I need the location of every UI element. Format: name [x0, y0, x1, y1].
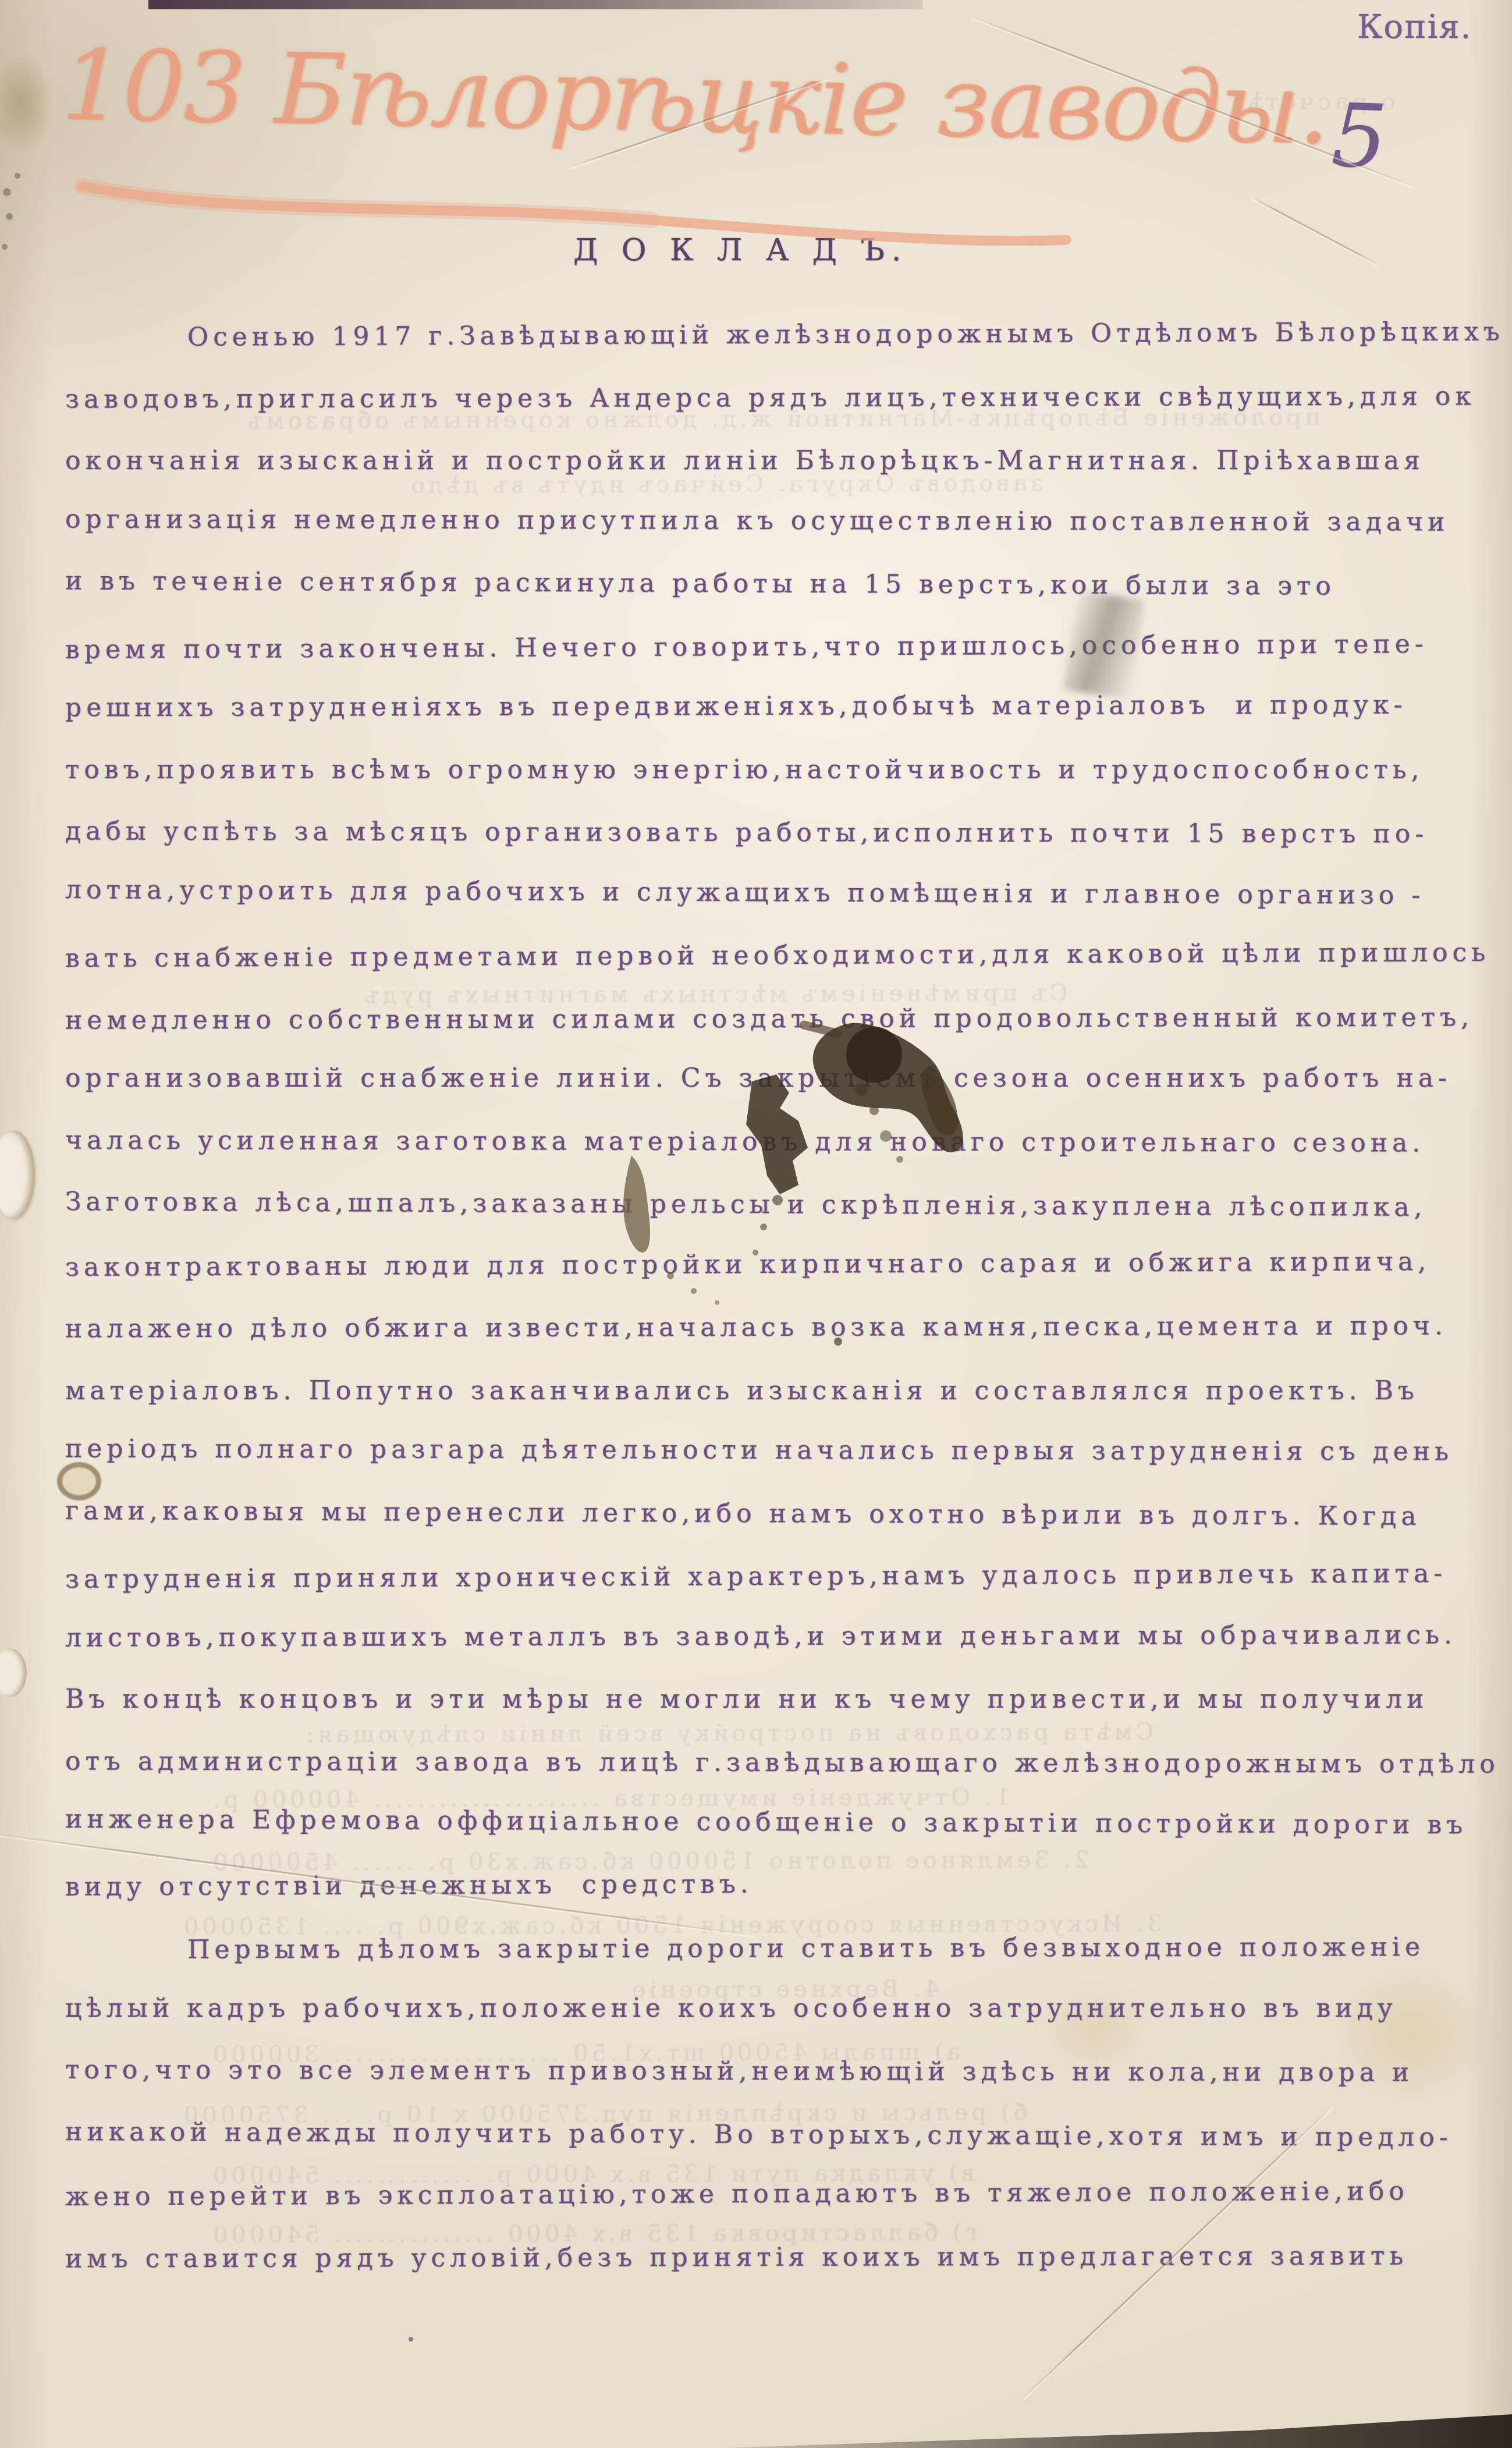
typed-line: решнихъ затрудненіяхъ въ передвиженіяхъ,…	[65, 693, 1407, 721]
typed-line: организовавшій снабженіе линіи. Съ закры…	[65, 1066, 1451, 1091]
typed-line: Заготовка лѣса,шпалъ,заказаны рельсы и с…	[65, 1189, 1427, 1221]
scanned-page: { "header": { "copy_label": "Копія.", "r…	[0, 0, 1512, 2448]
typed-body: Осенью 1917 г.Завѣдывающій желѣзнодорожн…	[0, 0, 1512, 2448]
typed-line: чалась усиленная заготовка матеріаловъ д…	[65, 1127, 1425, 1156]
typed-line: Первымъ дѣломъ закрытіе дороги ставить в…	[187, 1935, 1425, 1963]
typed-line: виду отсутствіи денежныхъ средствъ.	[65, 1871, 753, 1900]
typed-line: инженера Ефремова оффиціальное сообщеніе…	[65, 1807, 1467, 1838]
burn-ring-stain	[57, 1462, 101, 1500]
copy-stamp-label: Копія.	[1357, 8, 1472, 46]
typed-line: организація немедленно присутпила къ осу…	[65, 506, 1449, 535]
typed-line: матеріаловъ. Попутно заканчивались изыск…	[65, 1378, 1419, 1404]
typed-line: лотна,устроить для рабочихъ и служащихъ …	[65, 877, 1425, 909]
red-pencil-inscription: 103 Бѣлорѣцкіе заводы.	[61, 28, 1330, 166]
typed-line: отъ администраціи завода въ лицѣ г.завѣд…	[65, 1748, 1500, 1777]
typed-line: окончанія изысканій и постройки линіи Бѣ…	[65, 448, 1425, 474]
typed-line: немедленно собственными силами создать с…	[65, 1005, 1474, 1033]
typed-line: имъ ставится рядъ условій,безъ принятія …	[65, 2243, 1408, 2272]
document-title: Д О К Л А Д Ъ.	[573, 233, 908, 268]
typed-line: того,что это все элементъ привозный,неим…	[65, 2057, 1414, 2086]
typed-line: цѣлый кадръ рабочихъ,положеніе коихъ осо…	[65, 1996, 1397, 2021]
typed-line: время почти закончены. Нечего говорить,ч…	[65, 631, 1428, 663]
typed-line: гами,каковыя мы перенесли легко,ибо намъ…	[65, 1498, 1421, 1530]
typed-line: жено перейти въ эксплоатацію,тоже попада…	[65, 2179, 1409, 2210]
typed-line: заводовъ,пригласилъ черезъ Андерса рядъ …	[65, 384, 1476, 412]
typed-line: налажено дѣло обжига извести,началась во…	[65, 1314, 1447, 1342]
graphite-smudge	[1063, 591, 1145, 700]
typed-line: затрудненія приняли хроническій характер…	[65, 1561, 1447, 1592]
typed-line: Въ концѣ концовъ и эти мѣры не могли ни …	[65, 1687, 1428, 1712]
typed-line: періодъ полнаго разгара дѣятельности нач…	[65, 1436, 1453, 1465]
typed-line: вать снабженіе предметами первой необход…	[65, 940, 1490, 971]
typed-line: дабы успѣть за мѣсяцъ организовать работ…	[65, 819, 1428, 847]
typed-line: законтрактованы люди для постройки кирпи…	[65, 1249, 1431, 1280]
typed-line: товъ,проявить всѣмъ огромную энергію,нас…	[65, 757, 1424, 783]
typed-line: листовъ,покупавшихъ металлъ въ заводѣ,и …	[65, 1622, 1457, 1651]
typed-line: Осенью 1917 г.Завѣдывающій желѣзнодорожн…	[187, 319, 1504, 350]
typed-line: никакой надежды получить работу. Во втор…	[65, 2119, 1453, 2151]
typed-line: и въ теченіе сентября раскинула работы н…	[65, 568, 1336, 599]
